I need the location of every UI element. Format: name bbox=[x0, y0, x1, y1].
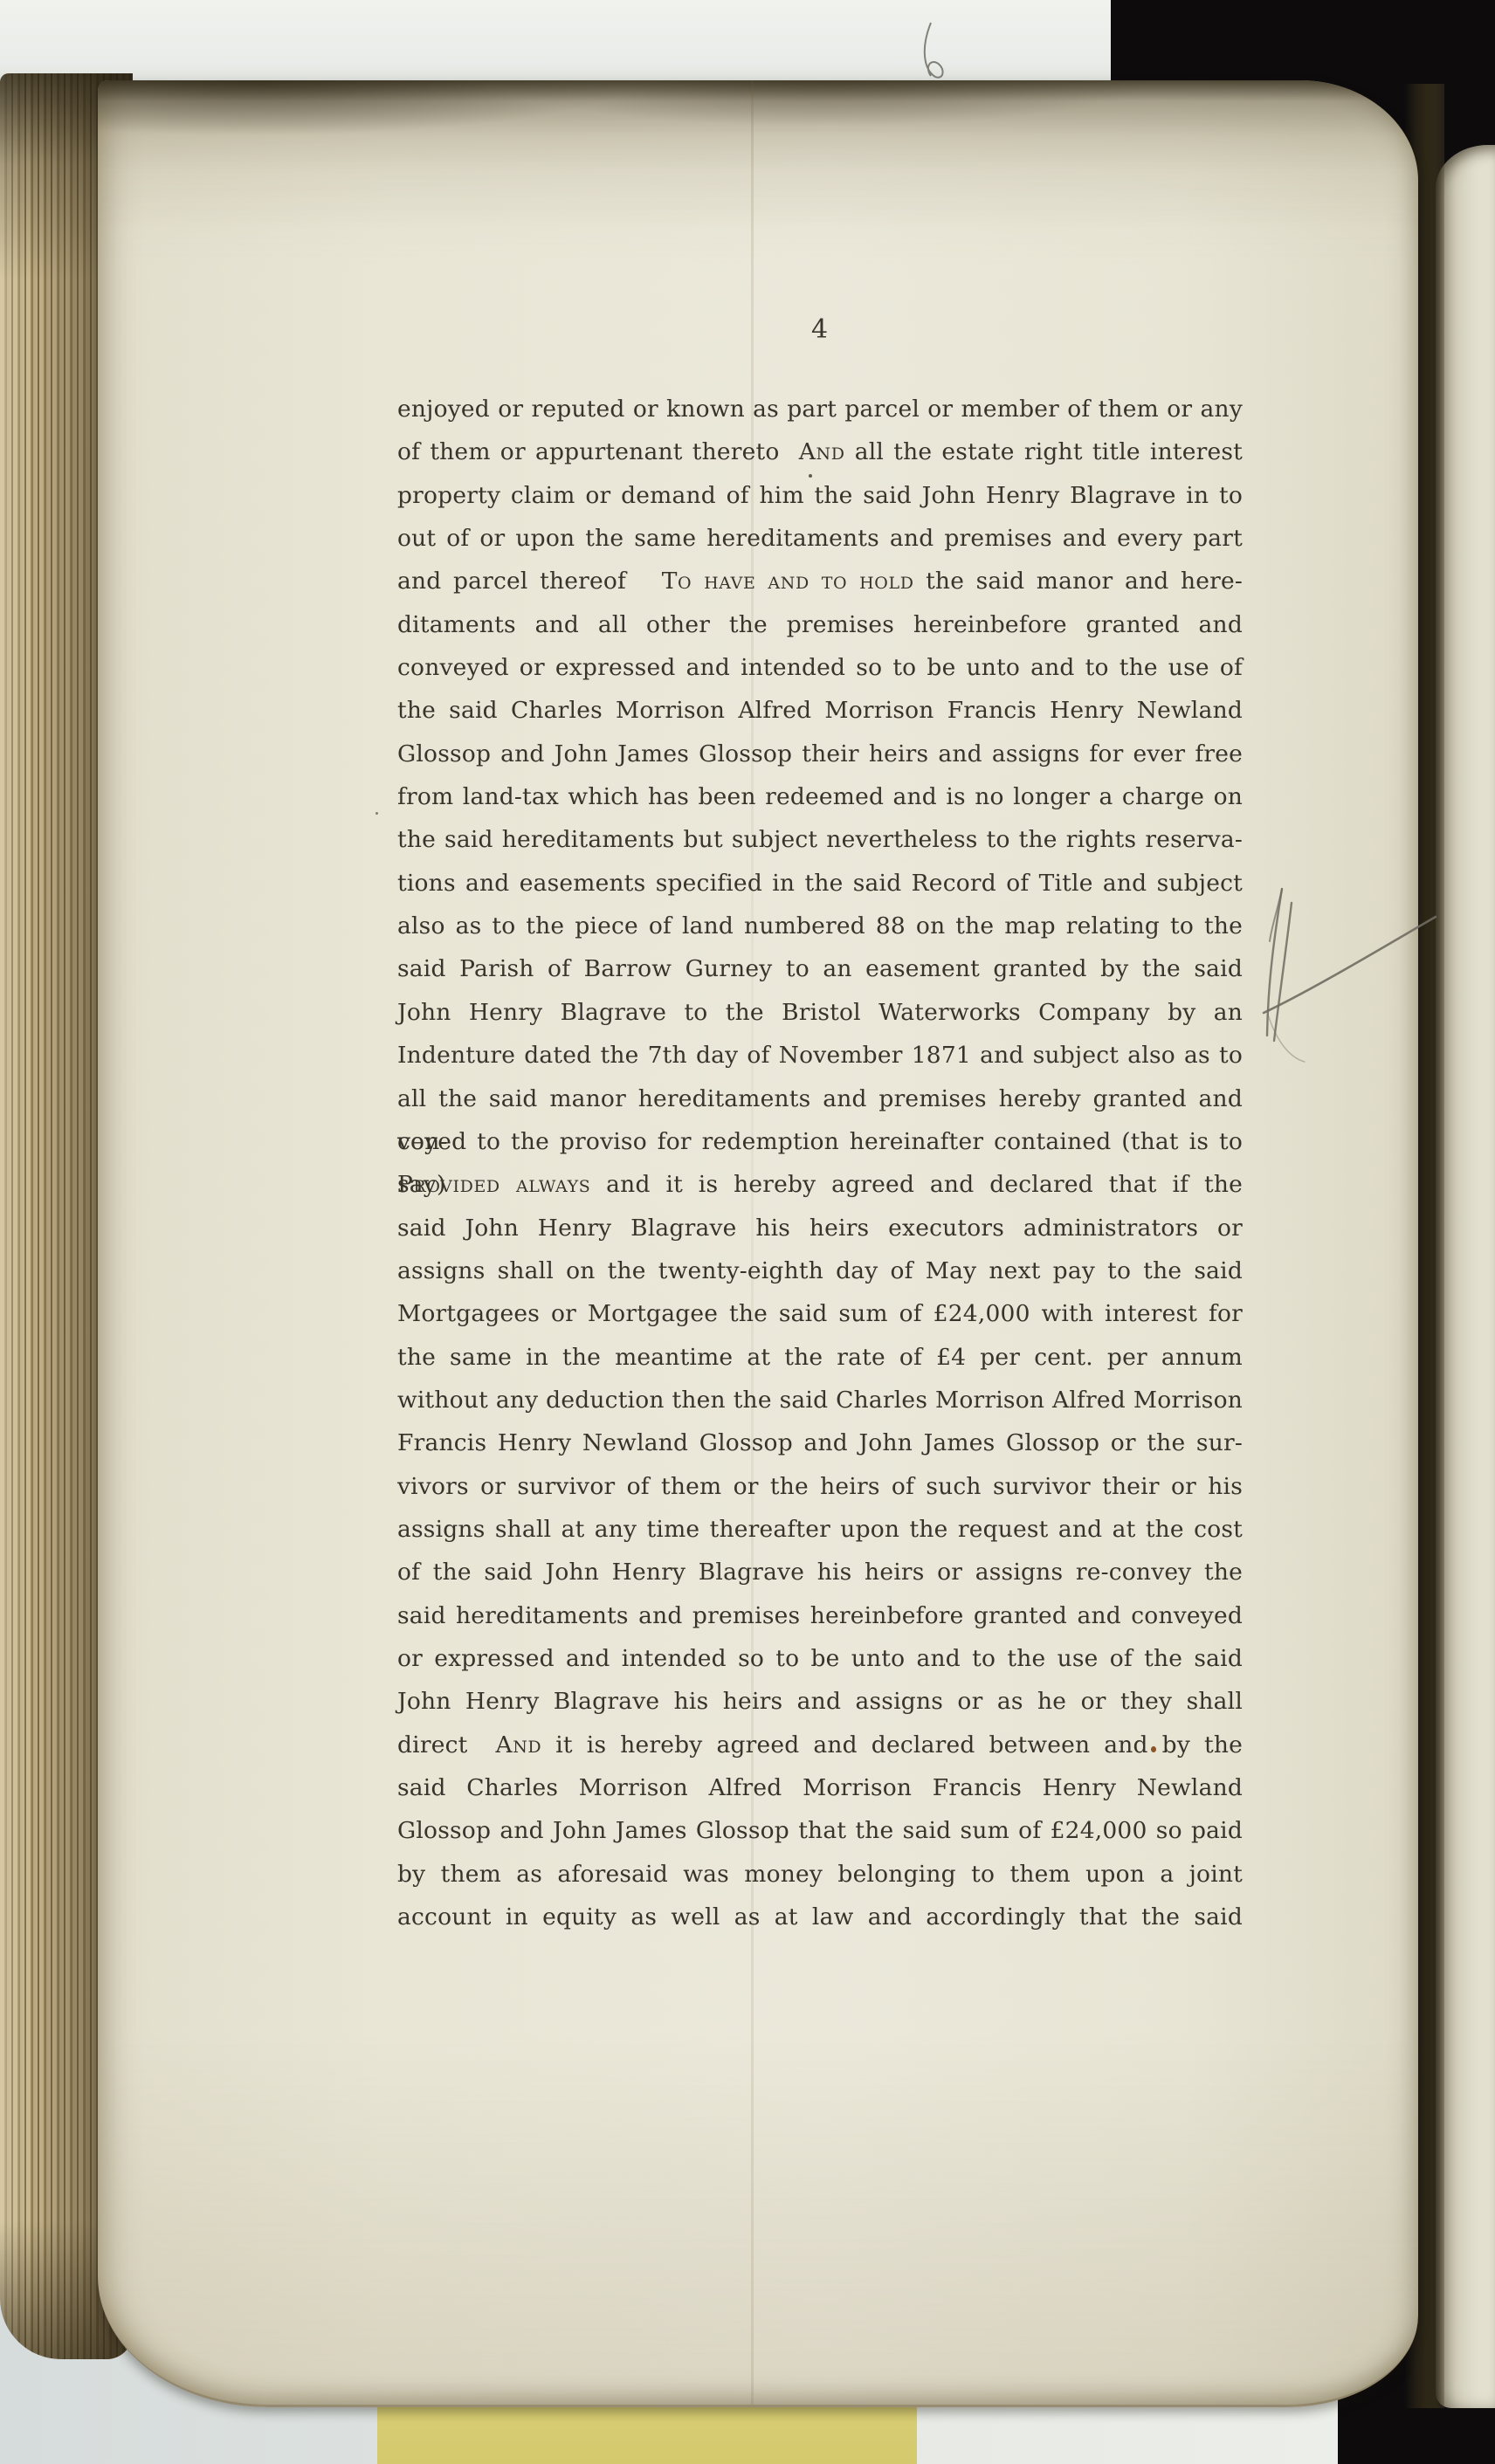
text-segment: all the estate right title interest bbox=[845, 438, 1243, 465]
text-line: said Charles Morrison Alfred Morrison Fr… bbox=[397, 1766, 1243, 1809]
book-page: 4 enjoyed or reputed or known as part pa… bbox=[98, 80, 1418, 2407]
book-next-page bbox=[1436, 145, 1495, 2408]
text-line: assigns shall at any time thereafter upo… bbox=[397, 1508, 1243, 1551]
text-segment: from land-tax which has been redeemed an… bbox=[397, 783, 1243, 810]
text-segment: To have and to hold bbox=[662, 568, 914, 595]
text-segment: Indenture dated the 7th day of November … bbox=[397, 1042, 1243, 1069]
text-segment: the said manor and here- bbox=[914, 568, 1243, 595]
text-line: property claim or demand of him the said… bbox=[397, 474, 1243, 517]
background-paper-top bbox=[0, 0, 1111, 91]
dust-speck bbox=[375, 812, 378, 815]
text-segment: without any deduction then the said Char… bbox=[397, 1387, 1243, 1414]
text-segment: and it is hereby agreed and declared tha… bbox=[590, 1171, 1243, 1198]
text-segment: enjoyed or reputed or known as part parc… bbox=[397, 396, 1243, 423]
text-segment: account in equity as well as at law and … bbox=[397, 1903, 1243, 1931]
text-segment: said hereditaments and premises hereinbe… bbox=[397, 1602, 1243, 1629]
text-line: of the said John Henry Blagrave his heir… bbox=[397, 1551, 1243, 1593]
text-segment: John Henry Blagrave his heirs and assign… bbox=[397, 1688, 1243, 1715]
text-line: Francis Henry Newland Glossop and John J… bbox=[397, 1421, 1243, 1464]
text-line: by them as aforesaid was money belonging… bbox=[397, 1853, 1243, 1896]
text-segment: Glossop and John James Glossop that the … bbox=[397, 1817, 1243, 1844]
text-line: Glossop and John James Glossop their hei… bbox=[397, 733, 1243, 775]
text-line: also as to the piece of land numbered 88… bbox=[397, 905, 1243, 947]
photo-of-book-page: { "page": { "number": "4", "lines": [ [{… bbox=[0, 0, 1495, 2464]
text-line: the same in the meantime at the rate of … bbox=[397, 1336, 1243, 1379]
page-text: enjoyed or reputed or known as part parc… bbox=[397, 388, 1243, 1938]
text-line: out of or upon the same hereditaments an… bbox=[397, 517, 1243, 560]
text-segment: or expressed and intended so to be unto … bbox=[397, 1645, 1243, 1672]
text-line: Mortgagees or Mortgagee the said sum of … bbox=[397, 1292, 1243, 1335]
text-line: Glossop and John James Glossop that the … bbox=[397, 1809, 1243, 1852]
text-segment: vivors or survivor of them or the heirs … bbox=[397, 1473, 1243, 1500]
text-segment: property claim or demand of him the said… bbox=[397, 482, 1243, 509]
text-line: Provided always and it is hereby agreed … bbox=[397, 1163, 1243, 1206]
text-line: account in equity as well as at law and … bbox=[397, 1896, 1243, 1938]
text-line: of them or appurtenant thereto And all t… bbox=[397, 430, 1243, 473]
text-line: veyed to the proviso for redemption here… bbox=[397, 1120, 1243, 1163]
text-segment: direct bbox=[397, 1731, 495, 1759]
text-segment: of the said John Henry Blagrave his heir… bbox=[397, 1559, 1243, 1586]
text-line: said John Henry Blagrave his heirs execu… bbox=[397, 1207, 1243, 1249]
text-segment: Glossop and John James Glossop their hei… bbox=[397, 740, 1243, 767]
text-segment: Mortgagees or Mortgagee the said sum of … bbox=[397, 1300, 1243, 1327]
dust-speck bbox=[809, 474, 812, 478]
text-line: and parcel thereof To have and to hold t… bbox=[397, 560, 1243, 602]
text-line: enjoyed or reputed or known as part parc… bbox=[397, 388, 1243, 430]
text-segment: tions and easements specified in the sai… bbox=[397, 870, 1243, 897]
text-segment: and parcel thereof bbox=[397, 568, 662, 595]
text-line: conveyed or expressed and intended so to… bbox=[397, 646, 1243, 689]
text-line: direct And it is hereby agreed and decla… bbox=[397, 1724, 1243, 1766]
text-segment: said John Henry Blagrave his heirs execu… bbox=[397, 1215, 1243, 1242]
text-line: tions and easements specified in the sai… bbox=[397, 862, 1243, 905]
text-line: the said Charles Morrison Alfred Morriso… bbox=[397, 689, 1243, 732]
text-line: assigns shall on the twenty-eighth day o… bbox=[397, 1249, 1243, 1292]
text-segment: Francis Henry Newland Glossop and John J… bbox=[397, 1429, 1243, 1456]
text-line: John Henry Blagrave to the Bristol Water… bbox=[397, 991, 1243, 1034]
text-segment: And bbox=[799, 438, 845, 465]
text-line: Indenture dated the 7th day of November … bbox=[397, 1034, 1243, 1077]
text-segment: it is hereby agreed and declared between… bbox=[541, 1731, 1243, 1759]
page-number: 4 bbox=[397, 314, 1243, 354]
text-segment: by them as aforesaid was money belonging… bbox=[397, 1861, 1243, 1888]
text-segment: Provided always bbox=[397, 1171, 590, 1198]
text-segment: assigns shall at any time thereafter upo… bbox=[397, 1516, 1243, 1543]
text-line: ditaments and all other the premises her… bbox=[397, 603, 1243, 646]
text-line: vivors or survivor of them or the heirs … bbox=[397, 1465, 1243, 1508]
text-segment: And bbox=[495, 1731, 541, 1759]
text-segment: the same in the meantime at the rate of … bbox=[397, 1344, 1243, 1371]
text-line: from land-tax which has been redeemed an… bbox=[397, 775, 1243, 818]
page-top-soiled-edge bbox=[98, 80, 1418, 229]
text-segment: conveyed or expressed and intended so to… bbox=[397, 654, 1243, 681]
text-segment: said Charles Morrison Alfred Morrison Fr… bbox=[397, 1774, 1243, 1801]
text-segment: out of or upon the same hereditaments an… bbox=[397, 525, 1243, 552]
text-segment: the said Charles Morrison Alfred Morriso… bbox=[397, 697, 1243, 724]
rust-speck bbox=[1151, 1746, 1156, 1752]
text-line: without any deduction then the said Char… bbox=[397, 1379, 1243, 1421]
text-segment: ditaments and all other the premises her… bbox=[397, 611, 1243, 638]
text-segment: assigns shall on the twenty-eighth day o… bbox=[397, 1257, 1243, 1284]
text-line: said Parish of Barrow Gurney to an easem… bbox=[397, 947, 1243, 990]
text-segment: also as to the piece of land numbered 88… bbox=[397, 912, 1243, 939]
text-line: or expressed and intended so to be unto … bbox=[397, 1637, 1243, 1680]
text-segment: said Parish of Barrow Gurney to an easem… bbox=[397, 955, 1243, 982]
text-line: all the said manor hereditaments and pre… bbox=[397, 1077, 1243, 1120]
text-segment: the said hereditaments but subject never… bbox=[397, 826, 1243, 853]
text-line: John Henry Blagrave his heirs and assign… bbox=[397, 1680, 1243, 1723]
text-segment: of them or appurtenant thereto bbox=[397, 438, 799, 465]
text-segment: John Henry Blagrave to the Bristol Water… bbox=[397, 999, 1243, 1026]
text-line: the said hereditaments but subject never… bbox=[397, 818, 1243, 861]
text-line: said hereditaments and premises hereinbe… bbox=[397, 1594, 1243, 1637]
